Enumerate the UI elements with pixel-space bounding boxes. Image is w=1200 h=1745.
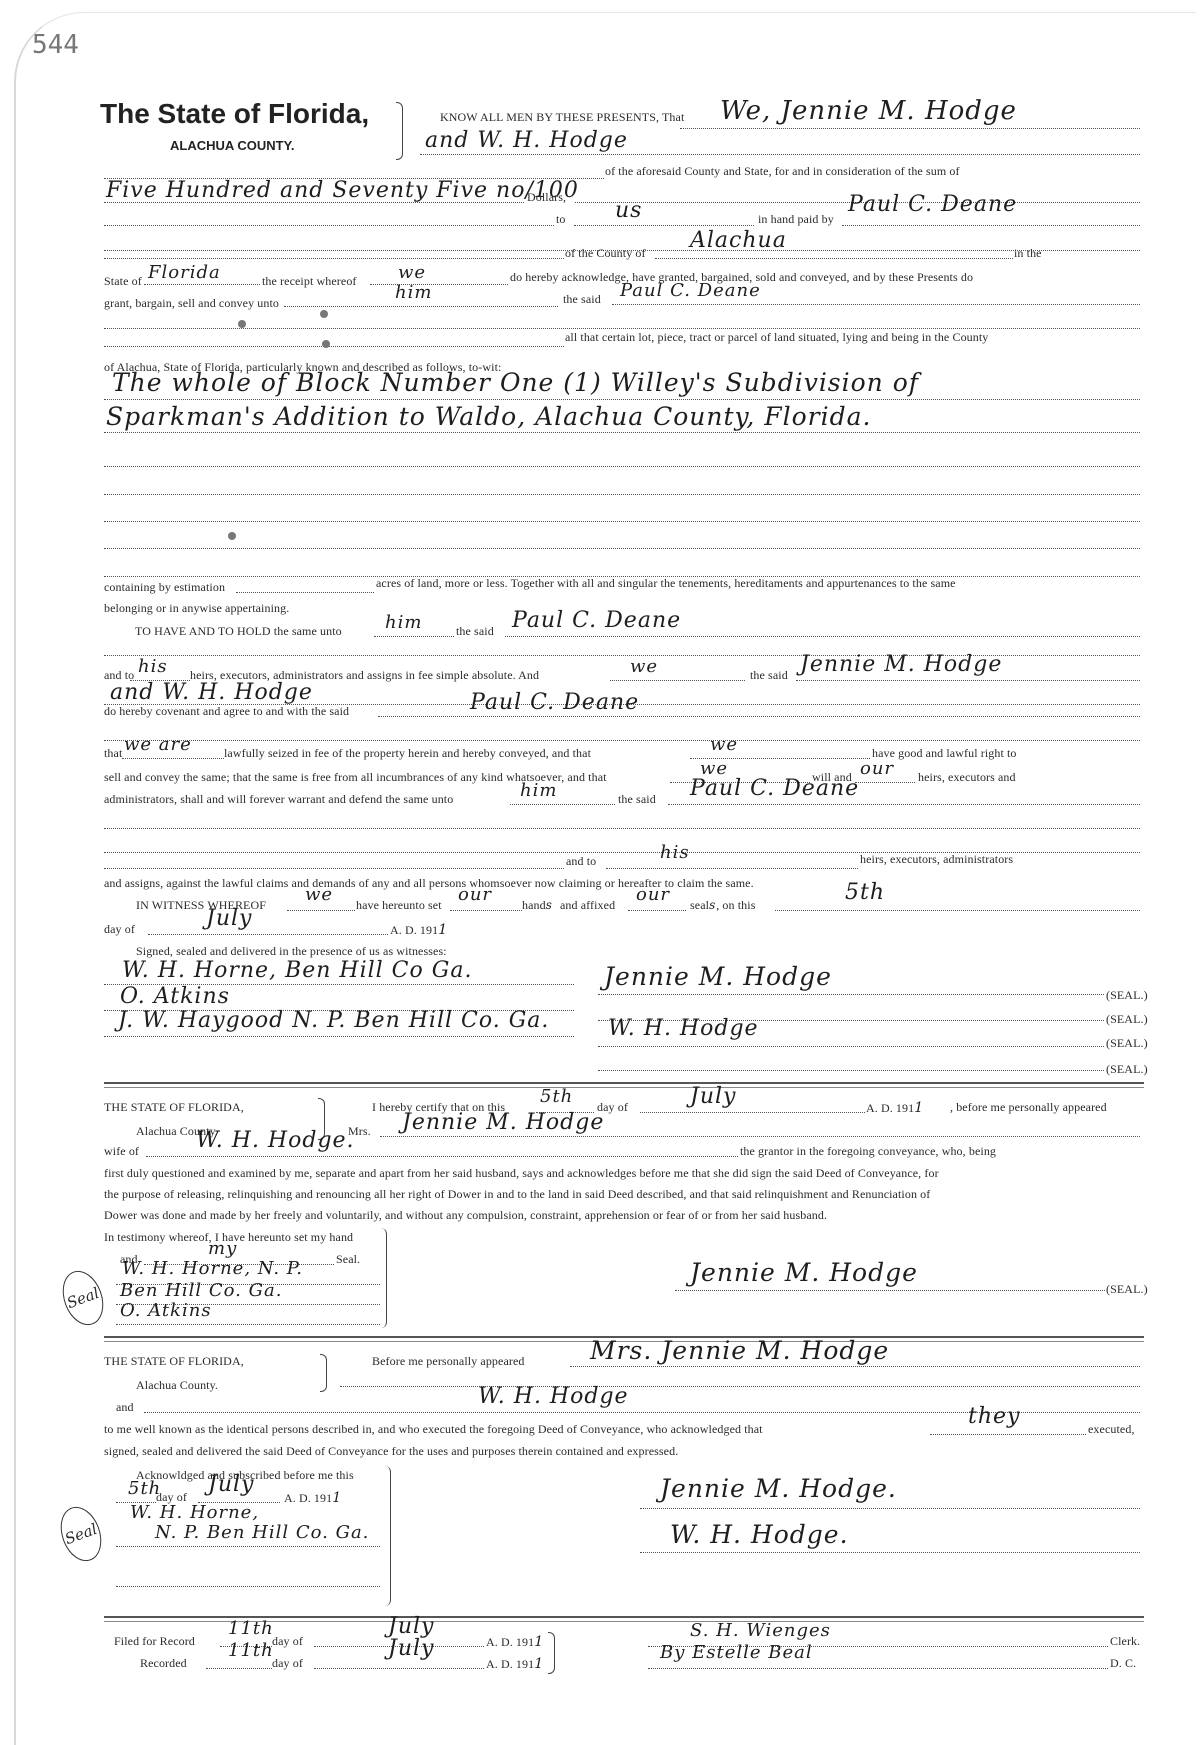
set-value: our bbox=[458, 884, 492, 905]
brace bbox=[396, 102, 403, 160]
containing-label: containing by estimation bbox=[104, 580, 225, 595]
paid-by-label: in hand paid by bbox=[758, 212, 834, 227]
acres-text: acres of land, more or less. Together wi… bbox=[376, 576, 956, 591]
witness-3: J. W. Haygood N. P. Ben Hill Co. Ga. bbox=[118, 1008, 549, 1033]
in-the-label: in the bbox=[1014, 246, 1042, 261]
signature-1: Jennie M. Hodge bbox=[604, 962, 832, 991]
seal-label: seals, on this bbox=[690, 898, 755, 913]
they-value: they bbox=[968, 1404, 1020, 1429]
admin-text: administrators, shall and will forever w… bbox=[104, 792, 453, 807]
seized-value: we bbox=[710, 734, 738, 755]
ack-signature-2: W. H. Hodge. bbox=[670, 1520, 849, 1549]
amount: Five Hundred and Seventy Five no/100 bbox=[106, 178, 579, 203]
will-value: our bbox=[860, 758, 894, 779]
ack-notary-2: N. P. Ben Hill Co. Ga. bbox=[155, 1522, 369, 1543]
affixed-label: and affixed bbox=[560, 898, 615, 913]
description-line2: Sparkman's Addition to Waldo, Alachua Co… bbox=[106, 402, 871, 431]
have-set-label: have hereunto set bbox=[356, 898, 442, 913]
in-witness-value: we bbox=[305, 884, 333, 905]
dollars-label: Dollars, bbox=[527, 190, 566, 205]
grant-label: grant, bargain, sell and convey unto bbox=[104, 296, 279, 311]
seal-1: (SEAL.) bbox=[1106, 988, 1148, 1003]
ack-signature-1: Jennie M. Hodge. bbox=[660, 1474, 897, 1503]
the-said-label: the said bbox=[563, 292, 601, 307]
filed-day: 11th bbox=[228, 1618, 274, 1639]
relinq-signature: Jennie M. Hodge bbox=[690, 1258, 918, 1287]
description-line1: The whole of Block Number One (1) Willey… bbox=[112, 368, 919, 397]
witness-day: 5th bbox=[845, 880, 885, 905]
county-heading: ALACHUA COUNTY. bbox=[170, 138, 294, 153]
notary-line-2: Ben Hill Co. Ga. bbox=[120, 1280, 282, 1301]
witness-month: July bbox=[206, 906, 252, 931]
relinq-body-3: Dower was done and made by her freely an… bbox=[104, 1208, 827, 1223]
filed-ad: A. D. 1911 bbox=[486, 1634, 544, 1650]
recorded-day-of: day of bbox=[272, 1656, 303, 1671]
seized-text: lawfully seized in fee of the property h… bbox=[224, 746, 591, 761]
witness-2: O. Atkins bbox=[120, 984, 230, 1009]
that-value: we are bbox=[124, 734, 192, 755]
the-said-label-3: the said bbox=[618, 792, 656, 807]
and-value-2: W. H. Hodge bbox=[478, 1384, 629, 1409]
and-value: my bbox=[208, 1238, 237, 1259]
and-to-label-2: and to bbox=[566, 854, 596, 869]
before-label: Before me personally appeared bbox=[372, 1354, 525, 1369]
mrs-value: Jennie M. Hodge bbox=[402, 1110, 604, 1135]
signature-2: W. H. Hodge bbox=[608, 1016, 759, 1041]
to-have-value: him bbox=[385, 612, 422, 633]
wife-value: W. H. Hodge. bbox=[196, 1128, 355, 1153]
state-of-label: State of bbox=[104, 274, 142, 289]
filed-label: Filed for Record bbox=[114, 1634, 195, 1649]
page-number: 544 bbox=[32, 30, 79, 60]
to-value: us bbox=[615, 198, 642, 223]
ack-notary-1: W. H. Horne, bbox=[130, 1502, 259, 1523]
and-to2-value: his bbox=[660, 842, 690, 863]
to-label: to bbox=[556, 212, 566, 227]
wife-of-label: wife of bbox=[104, 1144, 139, 1159]
and-label-2: and bbox=[116, 1400, 134, 1415]
covenant-value: Paul C. Deane bbox=[470, 690, 639, 715]
recorded-label: Recorded bbox=[140, 1656, 187, 1671]
the-said-label-2: the said bbox=[750, 668, 788, 683]
grant-value: him bbox=[395, 282, 432, 303]
grantors-line2: and W. H. Hodge bbox=[425, 128, 628, 153]
section-divider bbox=[104, 1082, 1144, 1088]
recorded-month: July bbox=[388, 1636, 434, 1661]
relinq-seal: (SEAL.) bbox=[1106, 1282, 1148, 1297]
belonging-text: belonging or in anywise appertaining. bbox=[104, 601, 289, 616]
said-value: Jennie M. Hodge bbox=[800, 652, 1002, 677]
relinq-body-2: the purpose of releasing, relinquishing … bbox=[104, 1187, 930, 1202]
seal-3: (SEAL.) bbox=[1106, 1036, 1148, 1051]
grantors-line1: We, Jennie M. Hodge bbox=[720, 96, 1017, 126]
covenant-text: do hereby covenant and agree to and with… bbox=[104, 704, 349, 719]
relinq-state: THE STATE OF FLORIDA, bbox=[104, 1100, 244, 1115]
admin-value: him bbox=[520, 780, 557, 801]
ack-body-1: to me well known as the identical person… bbox=[104, 1422, 763, 1437]
signed-text: Signed, sealed and delivered in the pres… bbox=[136, 944, 447, 959]
recorded-ad: A. D. 1911 bbox=[486, 1656, 544, 1672]
receipt-label: the receipt whereof bbox=[262, 274, 357, 289]
relinq-month: July bbox=[690, 1084, 736, 1109]
all-that-text: all that certain lot, piece, tract or pa… bbox=[565, 330, 988, 345]
dc-signature: By Estelle Beal bbox=[660, 1642, 813, 1663]
filed-day-of: day of bbox=[272, 1634, 303, 1649]
intro-text: KNOW ALL MEN BY THESE PRESENTS, That bbox=[440, 110, 684, 125]
state-value: Florida bbox=[148, 262, 221, 283]
relinq-day: 5th bbox=[540, 1086, 573, 1107]
relinq-body-1: first duly questioned and examined by me… bbox=[104, 1166, 939, 1181]
seal-word: Seal. bbox=[336, 1252, 360, 1267]
ack-county: Alachua County. bbox=[136, 1378, 218, 1393]
clerk-label: Clerk. bbox=[1110, 1634, 1140, 1649]
grantee: Paul C. Deane bbox=[848, 192, 1017, 217]
affixed-value: our bbox=[636, 884, 670, 905]
notary-line-3: O. Atkins bbox=[120, 1300, 212, 1321]
to-have-label: TO HAVE AND TO HOLD the same unto bbox=[135, 624, 342, 639]
and-to-value: his bbox=[138, 656, 168, 677]
ack-month: July bbox=[208, 1472, 254, 1497]
appeared-value: Mrs. Jennie M. Hodge bbox=[590, 1336, 889, 1365]
seal-2: (SEAL.) bbox=[1106, 1012, 1148, 1027]
that-label: that bbox=[104, 746, 122, 761]
ad-label-2: A. D. 1911 bbox=[284, 1490, 342, 1506]
recorded-day: 11th bbox=[228, 1640, 274, 1661]
day-of-label: day of bbox=[104, 922, 135, 937]
grant-said-value: Paul C. Deane bbox=[620, 280, 761, 301]
notary-line-1: W. H. Horne, N. P. bbox=[122, 1258, 303, 1279]
said-value-2: and W. H. Hodge bbox=[110, 680, 313, 705]
heirs-exec-text: heirs, executors and bbox=[918, 770, 1016, 785]
county-of-label: of the County of bbox=[565, 246, 646, 261]
before-text: , before me personally appeared bbox=[950, 1100, 1107, 1115]
witness-1: W. H. Horne, Ben Hill Co Ga. bbox=[122, 958, 472, 983]
state-title: The State of Florida, bbox=[100, 98, 369, 130]
ack-body-2: signed, sealed and delivered the said De… bbox=[104, 1444, 678, 1459]
ack-state: THE STATE OF FLORIDA, bbox=[104, 1354, 244, 1369]
the-said-label: the said bbox=[456, 624, 494, 639]
dc-label: D. C. bbox=[1110, 1656, 1136, 1671]
county-value: Alachua bbox=[690, 228, 787, 253]
consideration-text: of the aforesaid County and State, for a… bbox=[605, 164, 960, 179]
seal-4: (SEAL.) bbox=[1106, 1062, 1148, 1077]
admin-said: Paul C. Deane bbox=[690, 776, 859, 801]
grantor-text: the grantor in the foregoing conveyance,… bbox=[740, 1144, 996, 1159]
clerk-signature: S. H. Wienges bbox=[690, 1620, 831, 1641]
hand-label: hands bbox=[522, 898, 553, 913]
executed-label: executed, bbox=[1088, 1422, 1135, 1437]
to-have-said: Paul C. Deane bbox=[512, 608, 681, 633]
heirs-admin-text: heirs, executors, administrators bbox=[860, 852, 1013, 867]
and-value: we bbox=[630, 656, 658, 677]
ad-label: A. D. 1911 bbox=[390, 922, 448, 938]
receipt-value: we bbox=[398, 262, 426, 283]
ad-label: A. D. 1911 bbox=[866, 1100, 924, 1116]
